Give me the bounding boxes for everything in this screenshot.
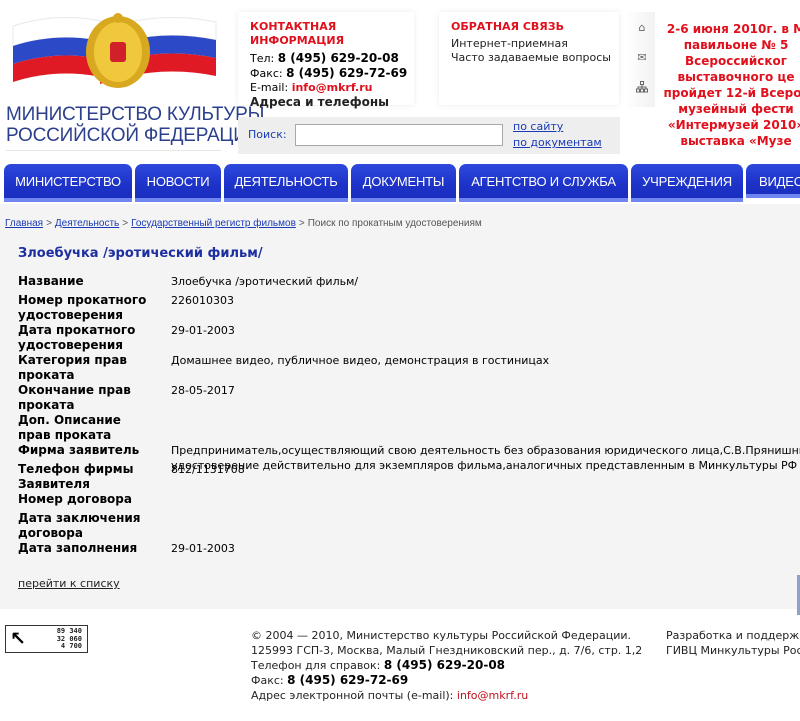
back-to-list-link[interactable]: перейти к списку [18,577,120,590]
news-line: «Интермузей 2010» [656,117,800,133]
ministry-name: МИНИСТЕРСТВО КУЛЬТУРЫ РОССИЙСКОЙ ФЕДЕРАЦ… [6,104,226,146]
search-site-link[interactable]: по сайту [513,120,563,133]
news-line: Всероссийског [656,53,800,69]
footer-info: © 2004 — 2010, Министерство культуры Рос… [251,628,642,703]
detail-row: Дата заполнения29-01-2003 [18,541,800,560]
footer-fax-value: 8 (495) 629-72-69 [287,673,408,687]
contacts-panel: КОНТАКТНАЯ ИНФОРМАЦИЯ Тел: 8 (495) 629-2… [238,12,414,105]
footer-fax: Факс: 8 (495) 629-72-69 [251,673,642,688]
nav-tab-ministry[interactable]: МИНИСТЕРСТВО [4,164,132,202]
feedback-heading: ОБРАТНАЯ СВЯЗЬ [451,20,619,34]
footer-email-label: Адрес электронной почты (e-mail): [251,689,453,702]
contacts-heading: КОНТАКТНАЯ ИНФОРМАЦИЯ [250,20,414,48]
nav-tab-agency[interactable]: АГЕНТСТВО И СЛУЖБА [459,164,628,202]
arrow-up-left-icon: ↖ [10,628,26,650]
detail-value: 28-05-2017 [171,383,235,398]
footer-phone: Телефон для справок: 8 (495) 629-20-08 [251,658,642,673]
footer-developer: Разработка и поддержка ГИВЦ Минкультуры … [666,628,800,658]
nav-tab-news[interactable]: НОВОСТИ [135,164,221,202]
detail-row: Доп. Описаниеправ проката [18,413,800,443]
news-line: 2-6 июня 2010г. в М [656,21,800,37]
detail-value: 226010303 [171,293,234,308]
detail-value: 812/1131708 [171,462,245,477]
detail-label: Категория правпроката [18,353,168,383]
detail-row: Категория правпрокатаДомашнее видео, пуб… [18,353,800,383]
footer-dev-line1: Разработка и поддержка [666,628,800,643]
detail-value: Злоебучка /эротический фильм/ [171,274,358,289]
news-line: выставочного це [656,69,800,85]
search-input[interactable] [295,124,503,146]
logo-divider [6,150,221,151]
footer-email-link[interactable]: info@mkrf.ru [457,689,528,702]
detail-row: Телефон фирмыЗаявителя812/1131708 [18,462,800,492]
search-docs-link[interactable]: по документам [513,136,602,149]
content-area: Главная>Деятельность>Государственный рег… [0,204,800,609]
detail-row: Номер прокатногоудостоверения226010303 [18,293,800,323]
nav-tab-video[interactable]: ВИДЕО [746,164,800,198]
ministry-name-line2: РОССИЙСКОЙ ФЕДЕРАЦИИ [6,125,226,146]
internet-reception-link[interactable]: Интернет-приемная [451,37,568,50]
footer-address: 125993 ГСП-3, Москва, Малый Гнездниковск… [251,643,642,658]
detail-row: Фирма заявительПредприниматель,осуществл… [18,443,800,462]
breadcrumb-home[interactable]: Главная [5,218,43,229]
detail-label: Номер прокатногоудостоверения [18,293,168,323]
search-bar: Поиск: по сайту по документам [238,117,620,154]
breadcrumb-film-register[interactable]: Государственный регистр фильмов [131,218,296,229]
phone-value: 8 (495) 629-20-08 [278,51,399,65]
detail-label: Номер договора [18,492,168,507]
film-title: Злоебучка /эротический фильм/ [18,246,263,261]
news-line: павильоне № 5 [656,37,800,53]
film-details-table: НазваниеЗлоебучка /эротический фильм/Ном… [18,274,800,560]
detail-row: Окончание правпроката28-05-2017 [18,383,800,413]
news-announcement[interactable]: 2-6 июня 2010г. в М павильоне № 5 Всерос… [656,21,800,149]
contacts-fax: Факс: 8 (495) 629-72-69 [250,66,414,81]
ministry-logo[interactable]: МИНИСТЕРСТВО КУЛЬТУРЫ РОССИЙСКОЙ ФЕДЕРАЦ… [0,0,228,158]
faq-link[interactable]: Часто задаваемые вопросы [451,51,611,64]
counter-values: 89 340 32 060 4 700 [57,628,82,651]
detail-label: Дата прокатногоудостоверения [18,323,168,353]
nav-tab-institutions[interactable]: УЧРЕЖДЕНИЯ [631,164,743,202]
detail-label: Название [18,274,168,289]
email-label: E-mail: [250,81,288,94]
detail-label: Доп. Описаниеправ проката [18,413,168,443]
breadcrumb-current: Поиск по прокатным удостоверениям [308,218,482,229]
detail-row: Дата прокатногоудостоверения29-01-2003 [18,323,800,353]
contacts-phone: Тел: 8 (495) 629-20-08 [250,51,414,66]
contacts-email: E-mail: info@mkrf.ru [250,81,414,95]
detail-value: Домашнее видео, публичное видео, демонст… [171,353,549,368]
footer-fax-label: Факс: [251,674,284,687]
main-nav: МИНИСТЕРСТВО НОВОСТИ ДЕЯТЕЛЬНОСТЬ ДОКУМЕ… [0,164,800,200]
footer-copyright: © 2004 — 2010, Министерство культуры Рос… [251,628,642,643]
footer-phone-label: Телефон для справок: [251,659,380,672]
detail-row: НазваниеЗлоебучка /эротический фильм/ [18,274,800,293]
coat-of-arms-flag-icon [8,8,220,96]
nav-tab-documents[interactable]: ДОКУМЕНТЫ [351,164,456,202]
detail-value: 29-01-2003 [171,323,235,338]
breadcrumb-separator: > [46,218,52,229]
email-link[interactable]: info@mkrf.ru [292,81,373,94]
detail-value: 29-01-2003 [171,541,235,556]
footer-phone-value: 8 (495) 629-20-08 [384,658,505,672]
detail-row: Номер договора [18,492,800,511]
home-icon[interactable]: ⌂ [636,22,648,34]
breadcrumb: Главная>Деятельность>Государственный рег… [5,218,482,229]
fax-label: Факс: [250,67,283,80]
detail-label: Фирма заявитель [18,443,168,458]
feedback-panel: ОБРАТНАЯ СВЯЗЬ Интернет-приемная Часто з… [439,12,619,105]
counter-value: 4 700 [57,643,82,651]
detail-row: Дата заключениядоговора [18,511,800,541]
detail-label: Дата заключениядоговора [18,511,168,541]
breadcrumb-separator: > [299,218,305,229]
phone-label: Тел: [250,52,274,65]
utility-icons: ⌂ ✉ [625,12,655,107]
addresses-row: Адреса и телефоны [250,95,414,110]
addresses-link[interactable]: Адреса и телефоны [250,95,389,109]
ministry-name-line1: МИНИСТЕРСТВО КУЛЬТУРЫ [6,104,226,125]
news-line: музейный фести [656,101,800,117]
detail-label: Окончание правпроката [18,383,168,413]
fax-value: 8 (495) 629-72-69 [286,66,407,80]
breadcrumb-activity[interactable]: Деятельность [55,218,119,229]
detail-label: Дата заполнения [18,541,168,556]
breadcrumb-separator: > [122,218,128,229]
mail-icon[interactable]: ✉ [636,52,648,64]
visit-counter[interactable]: ↖ 89 340 32 060 4 700 [5,625,88,653]
footer-email: Адрес электронной почты (e-mail): info@m… [251,688,642,703]
footer-dev-line2: ГИВЦ Минкультуры России [666,643,800,658]
news-line: пройдет 12-й Всерос [656,85,800,101]
news-line: выставка «Музе [656,133,800,149]
detail-label: Телефон фирмыЗаявителя [18,462,168,492]
nav-tab-activity[interactable]: ДЕЯТЕЛЬНОСТЬ [224,164,348,202]
search-label: Поиск: [248,128,287,141]
sitemap-icon[interactable] [636,81,648,93]
